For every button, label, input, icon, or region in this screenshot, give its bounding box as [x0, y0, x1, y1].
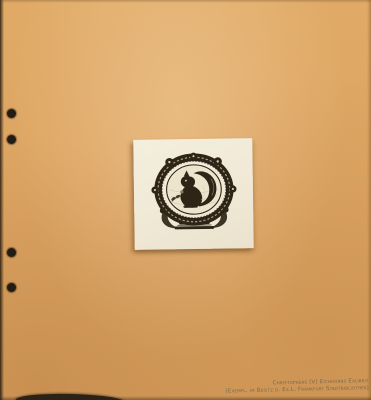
hole-punch: [7, 109, 16, 118]
mounted-bookplate: [133, 138, 254, 250]
squirrel-engraving: [148, 150, 239, 237]
page-edge-top: [0, 0, 371, 3]
squirrel-feet: [183, 205, 197, 208]
scan-frame: Christophers (V) Eichhorns Exlibris (Exe…: [0, 0, 371, 400]
hole-punch: [7, 283, 16, 292]
page-edge-right: [367, 0, 371, 400]
hole-punch: [7, 248, 16, 257]
hole-punch: [7, 135, 16, 144]
page-edge-left: [0, 0, 4, 400]
